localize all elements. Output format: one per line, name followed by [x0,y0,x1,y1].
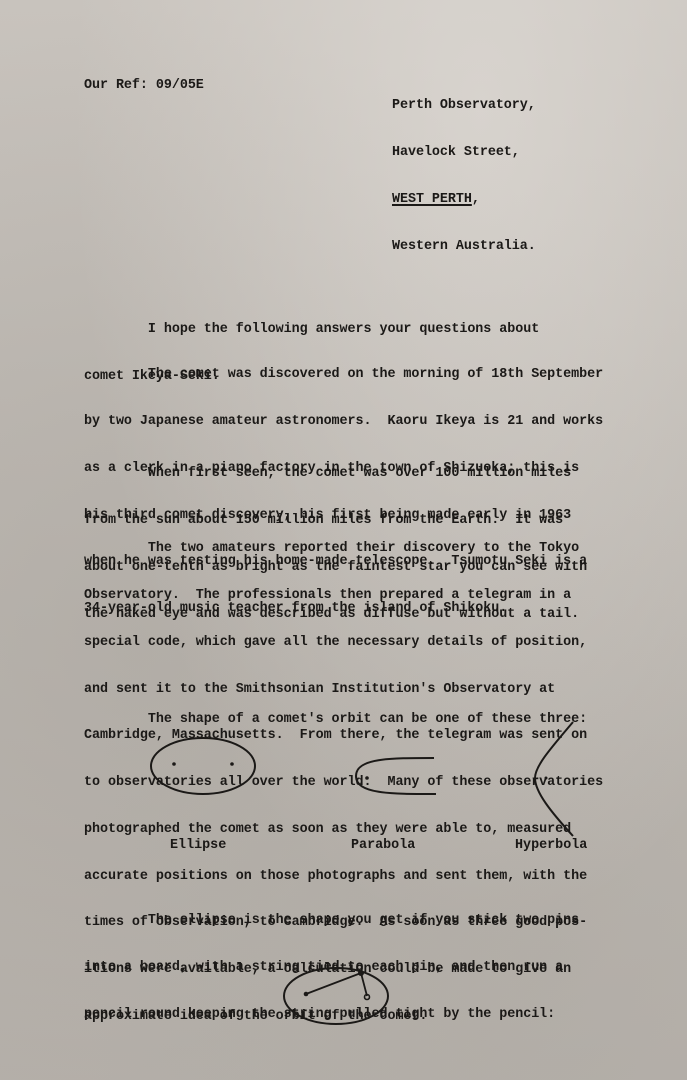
ellipse-orbit-diagram [148,734,258,798]
address-line-4: Western Australia. [392,239,536,255]
hyperbola-orbit-diagram [525,718,585,842]
pins-and-string-ellipse-diagram [281,964,391,1028]
address-line-2: Havelock Street, [392,145,536,161]
parabola-orbit-diagram [350,752,440,802]
typewritten-letter-page: Our Ref: 09/05E Perth Observatory, Havel… [0,0,687,1080]
address-line-1: Perth Observatory, [392,98,536,114]
address-line-3: WEST PERTH, [392,192,536,208]
label-ellipse: Ellipse [170,838,226,853]
sender-address: Perth Observatory, Havelock Street, WEST… [392,67,536,285]
label-parabola: Parabola [351,838,415,853]
address-city-underlined: WEST PERTH [392,192,472,207]
label-hyperbola: Hyperbola [515,838,587,853]
reference-number: Our Ref: 09/05E [84,78,204,94]
